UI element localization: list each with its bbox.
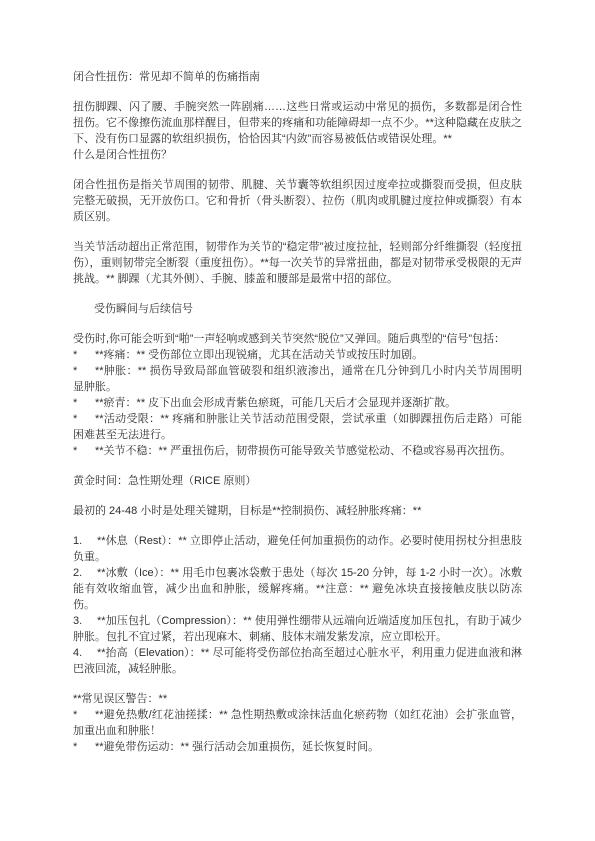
list-item: 3.**加压包扎（Compression）：** 使用弹性绷带从远端向近端适度加… — [73, 613, 522, 645]
list-item-text: **冰敷（Ice）：** 用毛巾包裹冰袋敷于患处（每次 15-20 分钟，每 1… — [73, 567, 522, 611]
number-marker: 1. — [73, 533, 97, 549]
number-marker: 3. — [73, 613, 97, 629]
bullet-marker: * — [73, 443, 95, 459]
rice-intro: 最初的 24-48 小时是处理关键期，目标是**控制损伤、减轻肿胀疼痛：** — [73, 503, 522, 519]
list-item: 4.**抬高（Elevation）：** 尽可能将受伤部位抬高至超过心脏水平，利… — [73, 645, 522, 677]
list-item: 2.**冰敷（Ice）：** 用毛巾包裹冰袋敷于患处（每次 15-20 分钟，每… — [73, 565, 522, 613]
intro-paragraph: 扭伤脚踝、闪了腰、手腕突然一阵剧痛……这些日常或运动中常见的损伤，多数都是闭合性… — [73, 99, 522, 147]
signals-intro: 受伤时,你可能会听到“啪”一声轻响或感到关节突然“脱位”又弹回。随后典型的“信号… — [73, 331, 522, 347]
list-item-text: **抬高（Elevation）：** 尽可能将受伤部位抬高至超过心脏水平，利用重… — [73, 647, 522, 675]
list-item-text: **肿胀：** 损伤导致局部血管破裂和组织液渗出，通常在几分钟到几小时内关节周围… — [73, 365, 522, 393]
bullet-marker: * — [73, 739, 95, 755]
rice-heading: 黄金时间：急性期处理（RICE 原则） — [73, 473, 522, 489]
bullet-marker: * — [73, 363, 95, 379]
definition-paragraph: 闭合性扭伤是指关节周围的韧带、肌腱、关节囊等软组织因过度牵拉或撕裂而受损，但皮肤… — [73, 177, 522, 225]
signals-list: ***疼痛：** 受伤部位立即出现锐痛，尤其在活动关节或按压时加剧。 ***肿胀… — [73, 347, 522, 459]
bullet-marker: * — [73, 411, 95, 427]
mechanism-paragraph: 当关节活动超出正常范围，韧带作为关节的“稳定带”被过度拉扯，轻则部分纤维撕裂（轻… — [73, 239, 522, 287]
list-item: ***瘀青：** 皮下出血会形成青紫色瘀斑，可能几天后才会显现并逐渐扩散。 — [73, 395, 522, 411]
list-item-text: **避免热敷/红花油搓揉：** 急性期热敷或涂抹活血化瘀药物（如红花油）会扩张血… — [73, 709, 522, 737]
list-item-text: **瘀青：** 皮下出血会形成青紫色瘀斑，可能几天后才会显现并逐渐扩散。 — [95, 397, 456, 409]
bullet-marker: * — [73, 707, 95, 723]
number-marker: 2. — [73, 565, 97, 581]
list-item-text: **关节不稳：** 严重扭伤后，韧带损伤可能导致关节感觉松动、不稳或容易再次扭伤… — [95, 445, 511, 457]
list-item-text: **休息（Rest）：** 立即停止活动，避免任何加重损伤的动作。必要时使用拐杖… — [73, 535, 522, 563]
rice-steps-list: 1.**休息（Rest）：** 立即停止活动，避免任何加重损伤的动作。必要时使用… — [73, 533, 522, 677]
list-item-text: **活动受限：** 疼痛和肿胀让关节活动范围受限，尝试承重（如脚踝扭伤后走路）可… — [73, 413, 522, 441]
list-item-text: **疼痛：** 受伤部位立即出现锐痛，尤其在活动关节或按压时加剧。 — [95, 349, 423, 361]
warning-heading: **常见误区警告：** — [73, 691, 522, 707]
list-item: ***肿胀：** 损伤导致局部血管破裂和组织液渗出，通常在几分钟到几小时内关节周… — [73, 363, 522, 395]
list-item-text: **避免带伤运动：** 强行活动会加重损伤，延长恢复时间。 — [95, 741, 379, 753]
bullet-marker: * — [73, 347, 95, 363]
list-item: ***疼痛：** 受伤部位立即出现锐痛，尤其在活动关节或按压时加剧。 — [73, 347, 522, 363]
list-item-text: **加压包扎（Compression）：** 使用弹性绷带从远端向近端适度加压包… — [73, 615, 522, 643]
list-item: ***关节不稳：** 严重扭伤后，韧带损伤可能导致关节感觉松动、不稳或容易再次扭… — [73, 443, 522, 459]
signals-heading: 受伤瞬间与后续信号 — [73, 301, 522, 317]
document-title: 闭合性扭伤：常见却不简单的伤痛指南 — [73, 69, 522, 85]
document-body: 闭合性扭伤：常见却不简单的伤痛指南 扭伤脚踝、闪了腰、手腕突然一阵剧痛……这些日… — [73, 69, 522, 755]
list-item: ***避免热敷/红花油搓揉：** 急性期热敷或涂抹活血化瘀药物（如红花油）会扩张… — [73, 707, 522, 739]
question-heading: 什么是闭合性扭伤？ — [73, 147, 522, 163]
warning-list: ***避免热敷/红花油搓揉：** 急性期热敷或涂抹活血化瘀药物（如红花油）会扩张… — [73, 707, 522, 755]
list-item: ***避免带伤运动：** 强行活动会加重损伤，延长恢复时间。 — [73, 739, 522, 755]
document-page: 闭合性扭伤：常见却不简单的伤痛指南 扭伤脚踝、闪了腰、手腕突然一阵剧痛……这些日… — [0, 0, 595, 841]
bullet-marker: * — [73, 395, 95, 411]
list-item: ***活动受限：** 疼痛和肿胀让关节活动范围受限，尝试承重（如脚踝扭伤后走路）… — [73, 411, 522, 443]
number-marker: 4. — [73, 645, 97, 661]
list-item: 1.**休息（Rest）：** 立即停止活动，避免任何加重损伤的动作。必要时使用… — [73, 533, 522, 565]
